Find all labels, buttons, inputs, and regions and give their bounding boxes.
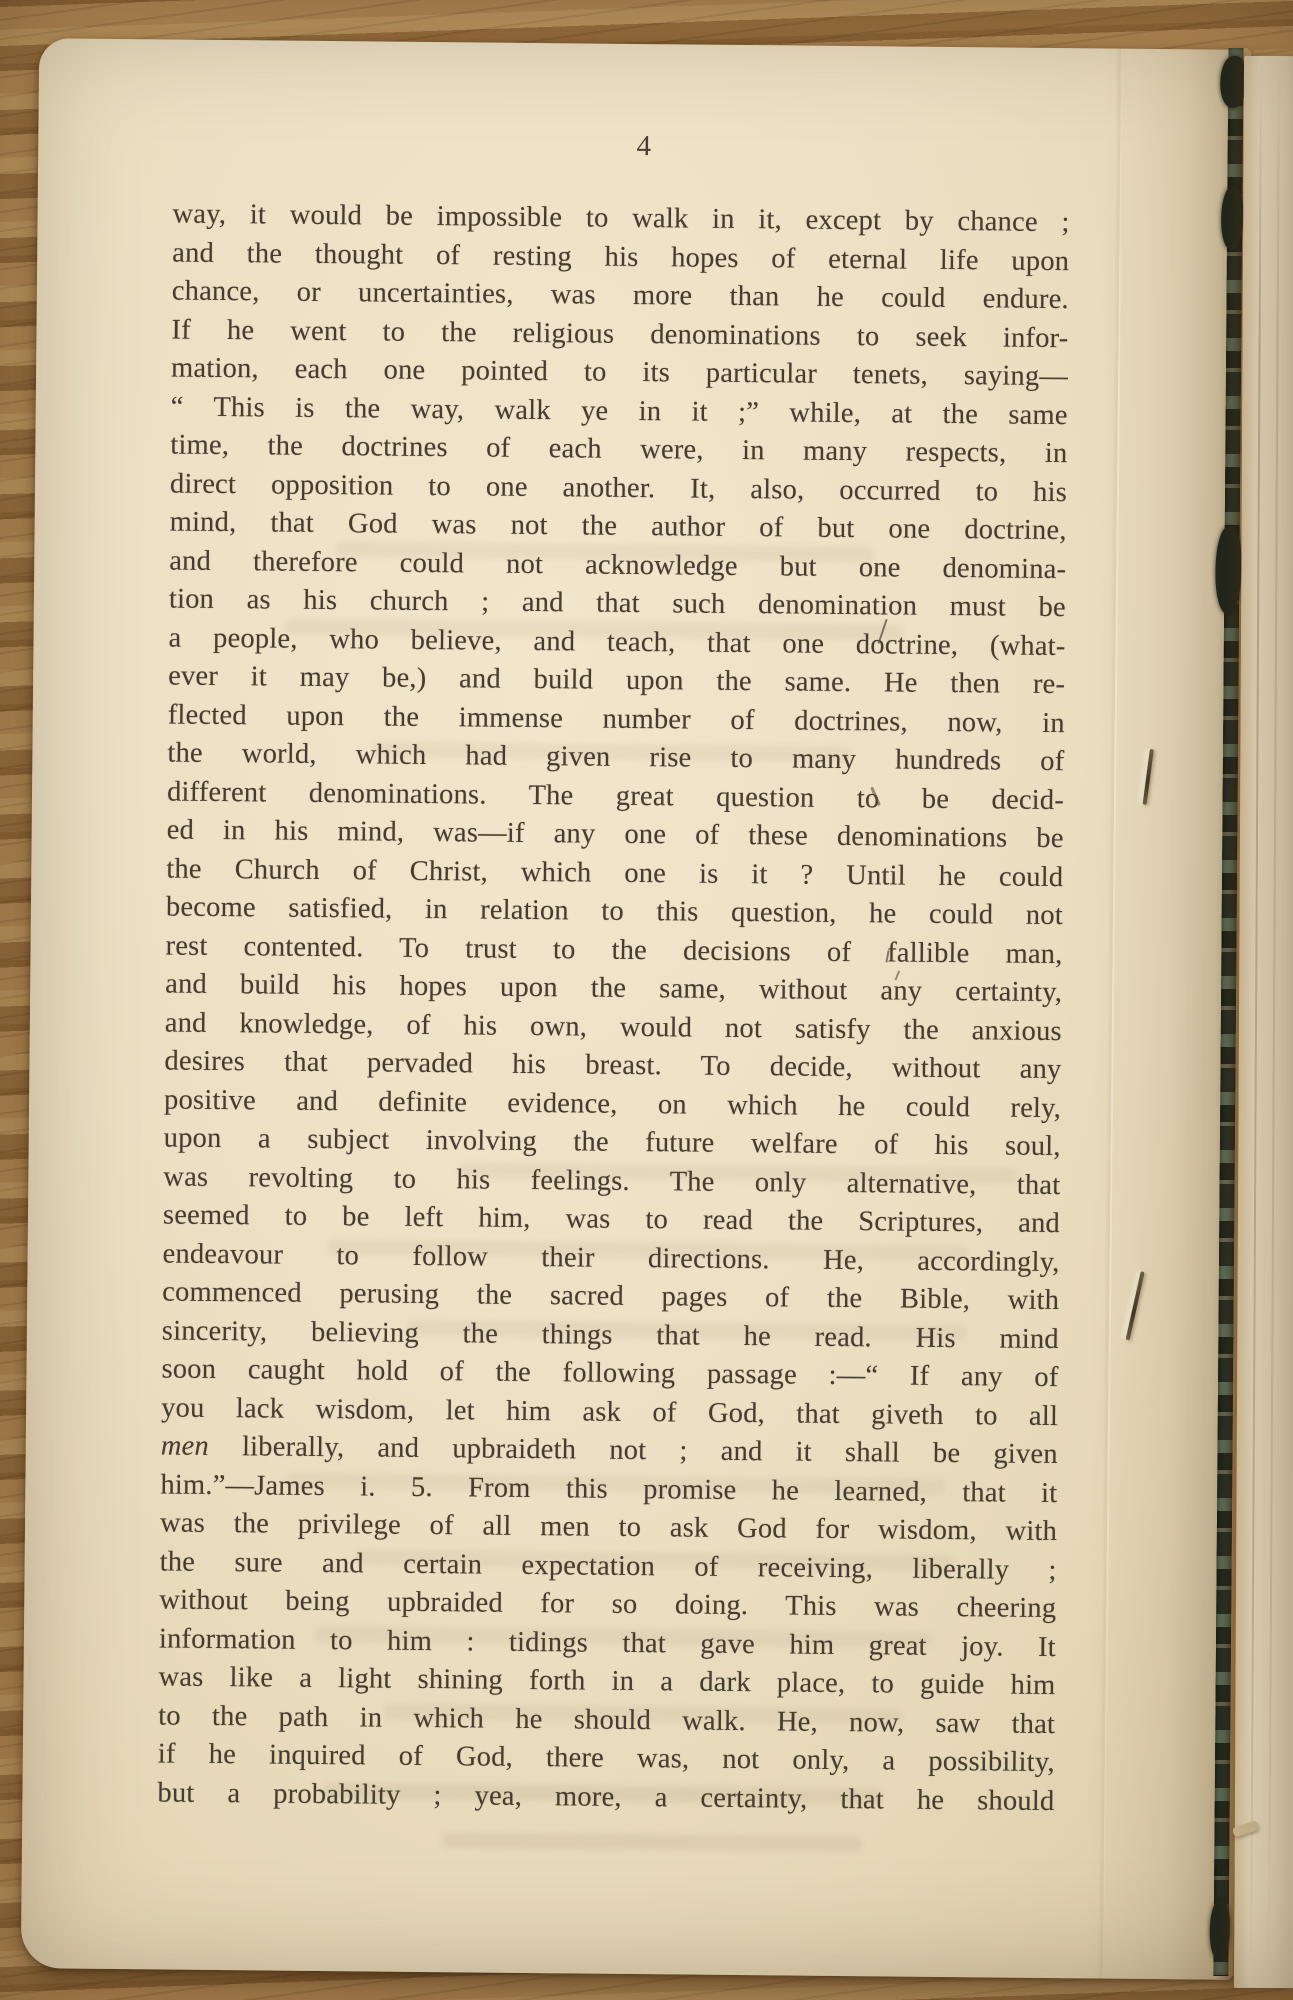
page-fold-notch [1232,1820,1260,1837]
page-number: 4 [38,124,1250,169]
page-crease [1250,56,1262,1988]
adjacent-page-edge [1234,56,1293,1988]
page-text: way, it would be impossible to walk in i… [157,196,1069,1822]
page-crease [1103,49,1124,1979]
binding-tear [1221,186,1244,250]
binding-tear [1220,56,1246,108]
binding-tear [1210,1900,1230,1960]
showthrough-smudge [442,1832,862,1852]
stitch-slit [1143,749,1154,805]
photo-scene: 4 way, it would be impossible to walk in… [0,0,1293,2000]
binding-tear [1215,526,1242,614]
page-crease [1268,56,1280,1988]
stitch-slit [1126,1271,1145,1340]
text-line: but a probability ; yea, more, a certain… [157,1774,1054,1821]
book-page: 4 way, it would be impossible to walk in… [21,38,1251,1980]
